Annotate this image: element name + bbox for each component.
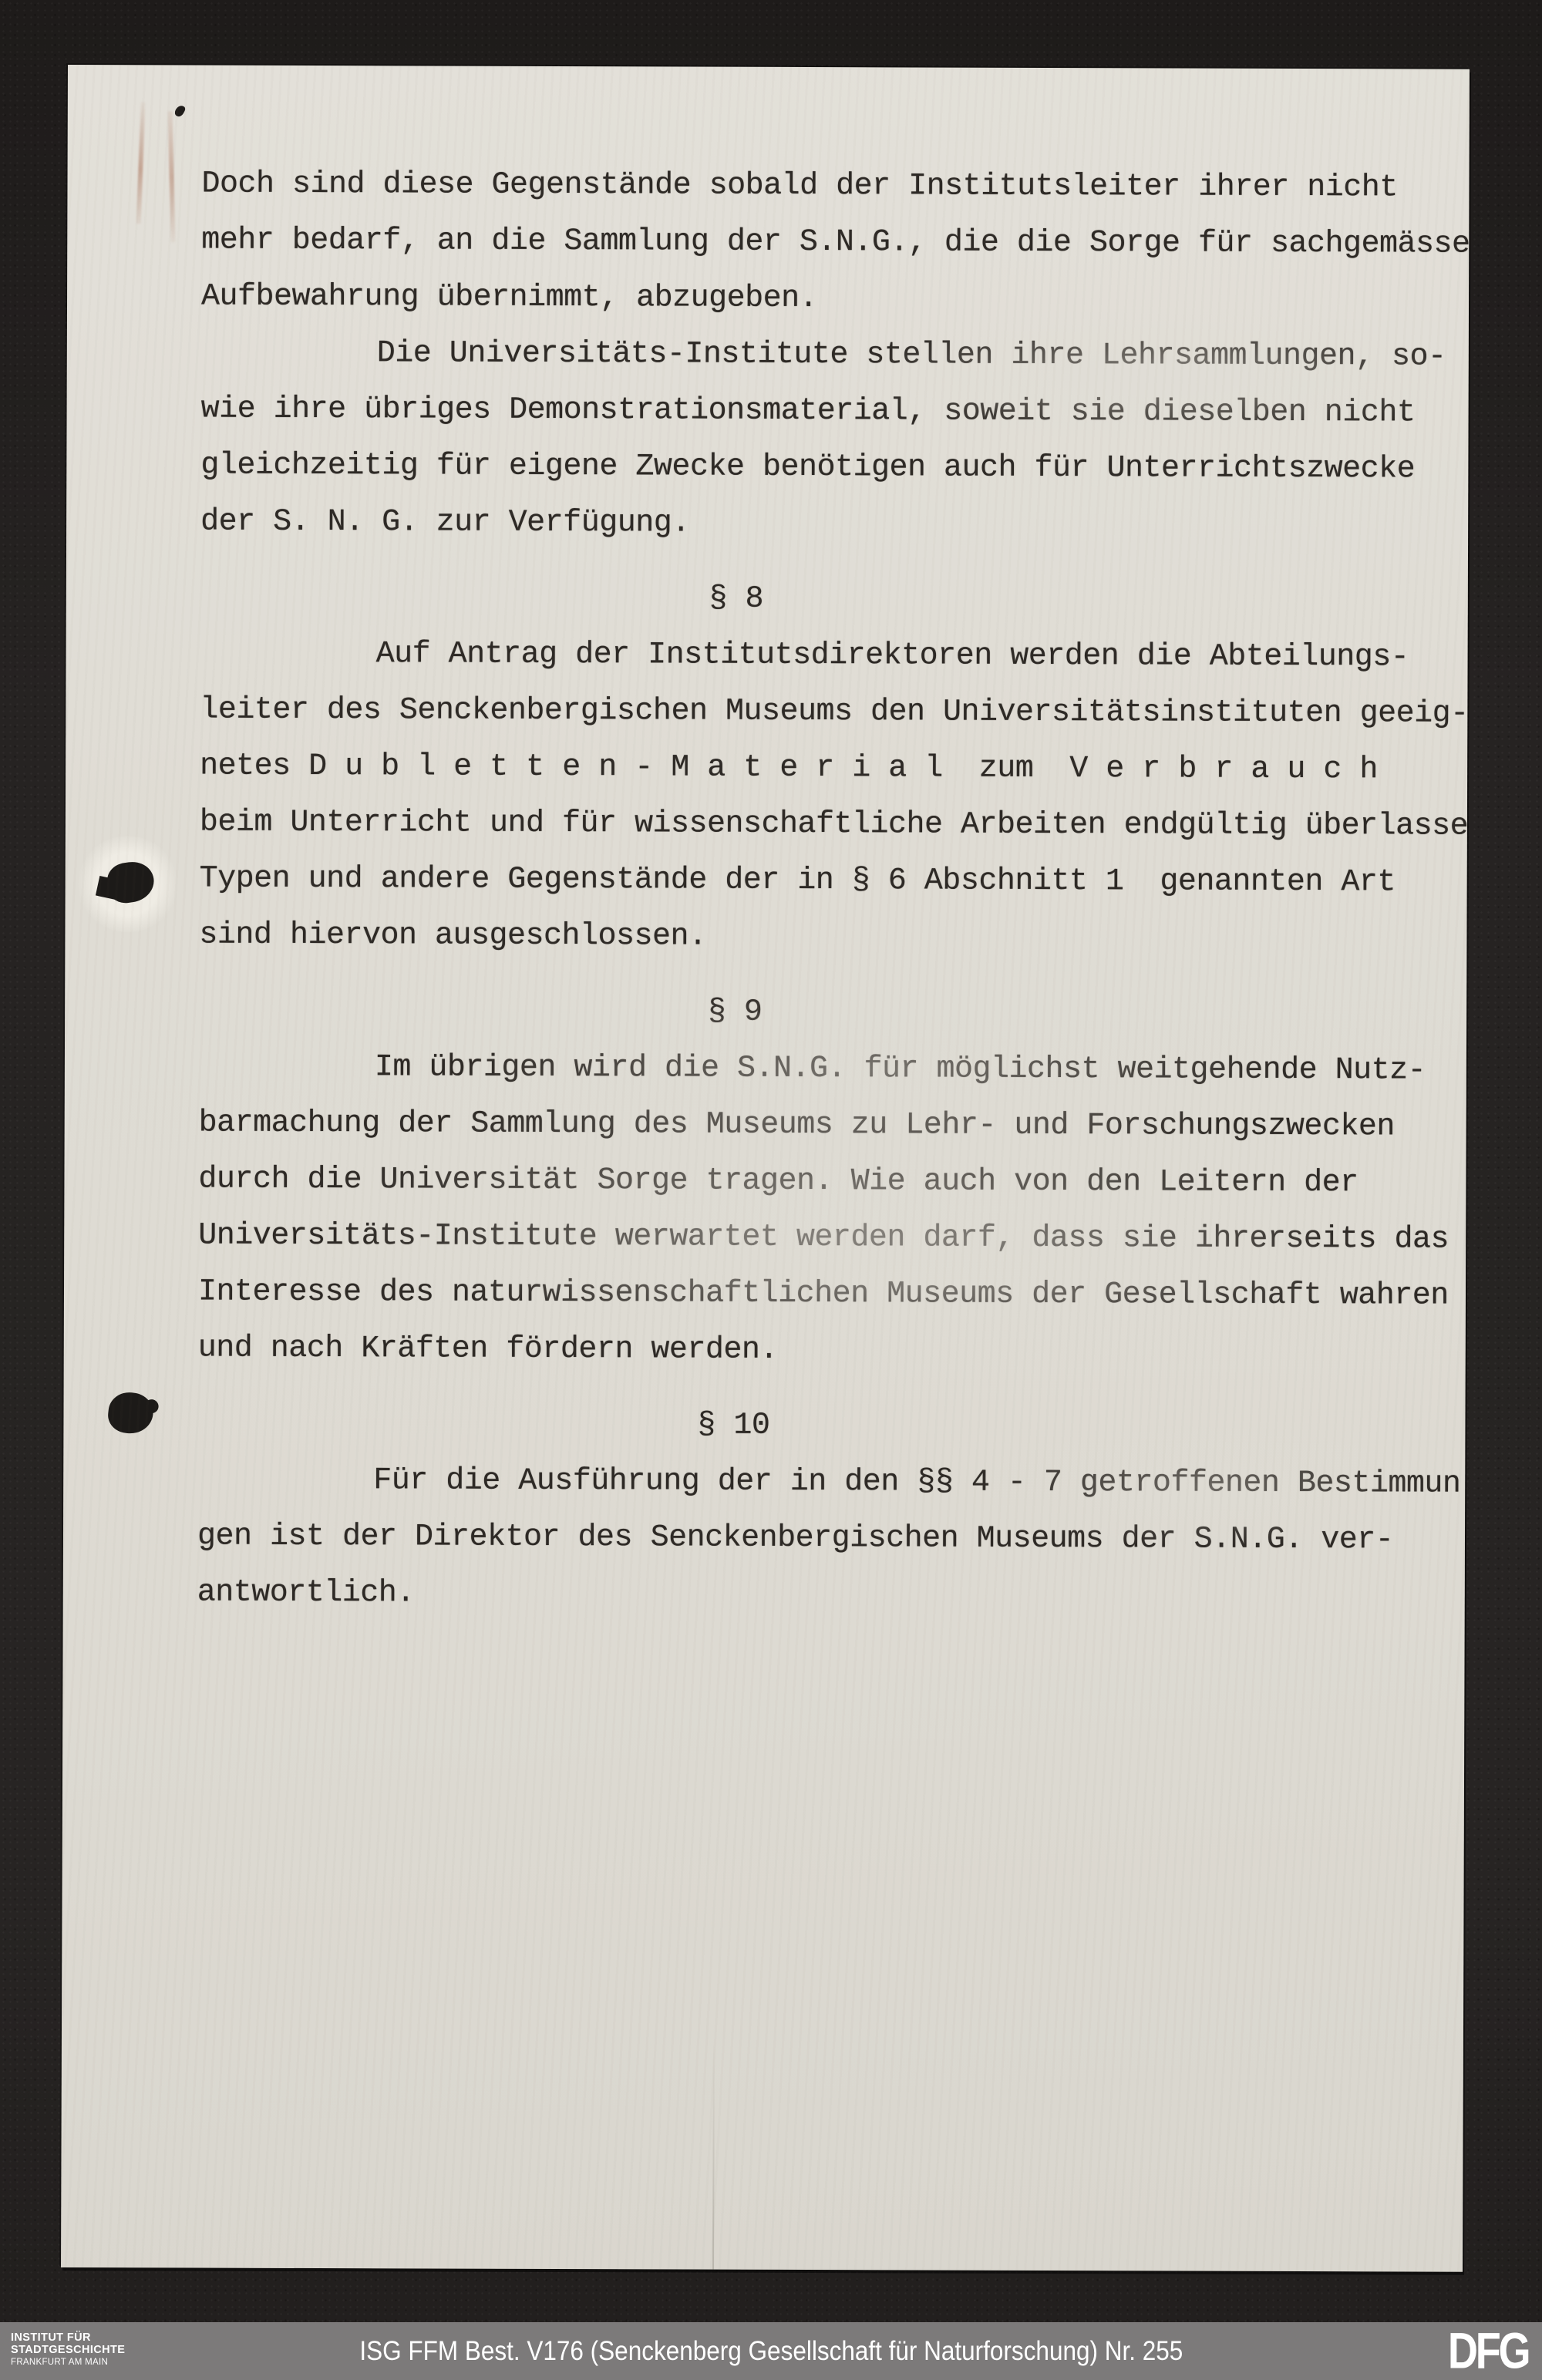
stain-mark — [136, 102, 146, 224]
archive-reference: ISG FFM Best. V176 (Senckenberg Gesellsc… — [0, 2336, 1542, 2367]
section-heading: § 8 — [200, 570, 1272, 629]
document-page: Doch sind diese Gegenstände sobald der I… — [61, 65, 1470, 2272]
text-line: Interesse des naturwissenschaftlichen Mu… — [198, 1264, 1470, 1325]
stain-mark — [168, 111, 176, 242]
text-line: gen ist der Direktor des Senckenbergisch… — [197, 1509, 1470, 1569]
section-heading: § 10 — [197, 1396, 1269, 1456]
paper-crease — [712, 2041, 715, 2270]
archive-reference-text: ISG FFM Best. V176 (Senckenberg Gesellsc… — [359, 2336, 1183, 2367]
text-line: Für die Ausführung der in den §§ 4 - 7 g… — [197, 1453, 1470, 1513]
section-heading: § 9 — [199, 983, 1271, 1042]
scan-background: { "document": { "blocks": [ { "type": "p… — [0, 0, 1542, 2380]
text-line: Doch sind diese Gegenstände sobald der I… — [201, 157, 1470, 217]
text-line: wie ihre übriges Demonstrationsmaterial,… — [200, 382, 1470, 442]
text-line: durch die Universität Sorge tragen. Wie … — [198, 1152, 1470, 1212]
text-line: Auf Antrag der Institutsdirektoren werde… — [200, 626, 1470, 686]
text-line: Im übrigen wird die S.N.G. für möglichst… — [199, 1039, 1470, 1099]
text-line: leiter des Senckenbergischen Museums den… — [200, 682, 1470, 742]
text-line: netes D u b l e t t e n - M a t e r i a … — [200, 739, 1470, 799]
text-line: Die Universitäts-Institute stellen ihre … — [201, 325, 1470, 385]
text-line: Aufbewahrung übernimmt, abzugeben. — [201, 269, 1470, 329]
text-line: mehr bedarf, an die Sammlung der S.N.G.,… — [201, 213, 1470, 273]
text-line: und nach Kräften fördern werden. — [198, 1321, 1470, 1381]
punch-hole — [106, 1390, 155, 1436]
dfg-logo: DFG — [1448, 2321, 1528, 2379]
text-line: barmachung der Sammlung des Museums zu L… — [199, 1096, 1470, 1156]
text-line: Typen und andere Gegenstände der in § 6 … — [200, 851, 1470, 911]
text-line: der S. N. G. zur Verfügung. — [200, 494, 1470, 554]
text-line: beim Unterricht und für wissenschaftlich… — [200, 795, 1470, 855]
text-line: gleichzeitig für eigene Zwecke benötigen… — [200, 438, 1470, 498]
typewritten-text: Doch sind diese Gegenstände sobald der I… — [197, 157, 1470, 1625]
footer-bar: INSTITUT FÜR STADTGESCHICHTE FRANKFURT A… — [0, 2322, 1542, 2380]
ink-speck — [173, 104, 187, 118]
text-line: Universitäts-Institute werwartet werden … — [198, 1208, 1470, 1268]
text-line: antwortlich. — [197, 1565, 1470, 1625]
text-line: sind hiervon ausgeschlossen. — [199, 907, 1470, 968]
